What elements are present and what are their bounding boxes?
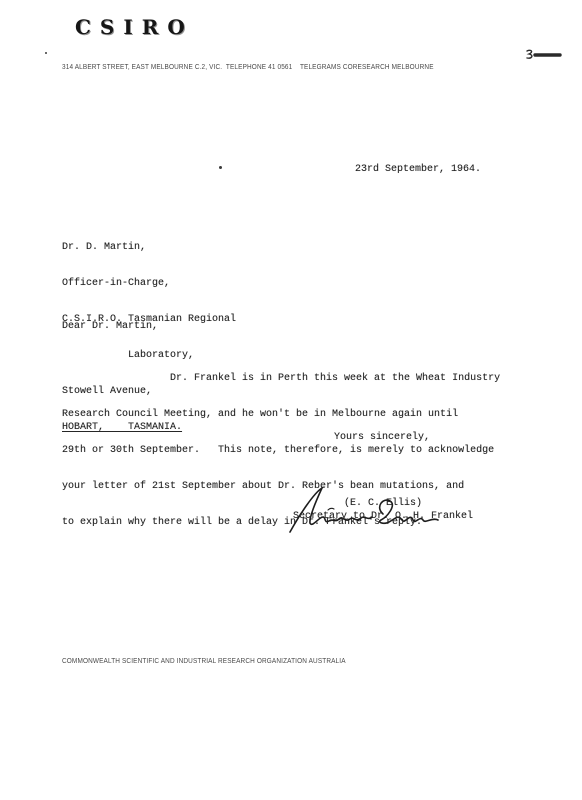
signature-icon — [286, 448, 446, 572]
closing: Yours sincerely, — [334, 432, 430, 444]
scanned-letter-page: CSIRO 314 ALBERT STREET, EAST MELBOURNE … — [0, 0, 582, 800]
salutation: Dear Dr. Martin, — [62, 321, 158, 333]
pen-mark-icon — [523, 12, 567, 98]
signed-title: Secretary to Dr. O. H. Frankel — [293, 511, 473, 523]
footer-org-line: COMMONWEALTH SCIENTIFIC AND INDUSTRIAL R… — [62, 658, 346, 665]
scan-speck — [45, 52, 47, 54]
body-line: Research Council Meeting, and he won't b… — [62, 409, 500, 421]
recipient-line: Officer-in-Charge, — [62, 278, 236, 290]
signed-name: (E. C. Ellis) — [344, 498, 422, 510]
recipient-line: Dr. D. Martin, — [62, 242, 236, 254]
scan-speck — [219, 166, 222, 169]
letterhead-address: 314 ALBERT STREET, EAST MELBOURNE C.2, V… — [62, 64, 434, 71]
body-line: Dr. Frankel is in Perth this week at the… — [62, 373, 500, 385]
csiro-logo: CSIRO — [75, 15, 194, 39]
letter-date: 23rd September, 1964. — [355, 164, 481, 176]
